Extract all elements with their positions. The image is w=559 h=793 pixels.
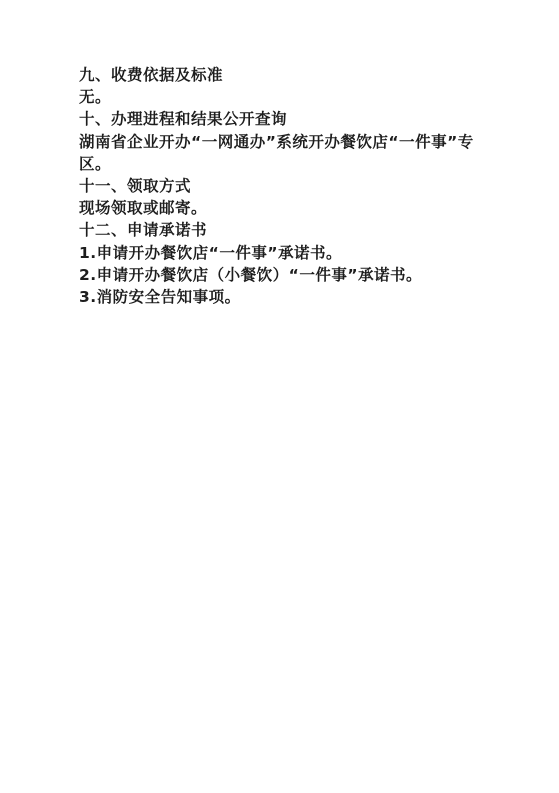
commitment-letter-item-1: 1.申请开办餐饮店“一件事”承诺书。: [79, 242, 501, 264]
fees-body: 无。: [79, 86, 501, 108]
commitment-letter-item-3: 3.消防安全告知事项。: [79, 286, 501, 308]
section-heading-progress-query: 十、办理进程和结果公开查询: [79, 108, 501, 130]
progress-query-body: 湖南省企业开办“一网通办”系统开办餐饮店“一件事”专区。: [79, 131, 501, 175]
section-heading-commitment-letters: 十二、申请承诺书: [79, 219, 501, 241]
section-heading-collection-method: 十一、领取方式: [79, 175, 501, 197]
document-page: 九、收费依据及标准 无。 十、办理进程和结果公开查询 湖南省企业开办“一网通办”…: [0, 0, 559, 793]
section-heading-fees: 九、收费依据及标准: [79, 64, 501, 86]
document-text-block: 九、收费依据及标准 无。 十、办理进程和结果公开查询 湖南省企业开办“一网通办”…: [79, 64, 501, 308]
collection-method-body: 现场领取或邮寄。: [79, 197, 501, 219]
commitment-letter-item-2: 2.申请开办餐饮店（小餐饮）“一件事”承诺书。: [79, 264, 501, 286]
